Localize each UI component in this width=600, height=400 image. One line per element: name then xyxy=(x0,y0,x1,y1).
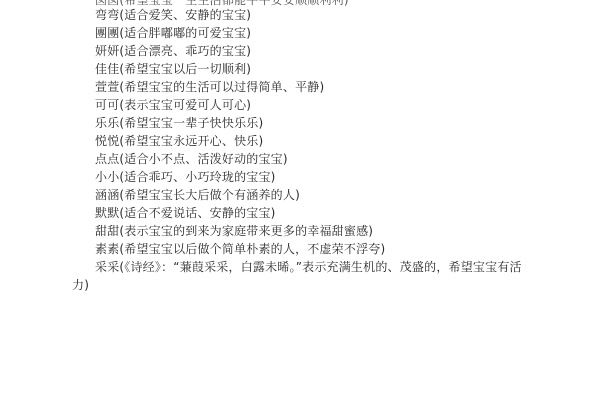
name-entry: 甜甜(表示宝宝的到来为家庭带来更多的幸福甜蜜感) xyxy=(95,222,373,240)
name-entry: 素素(希望宝宝以后做个简单朴素的人，不虚荣不浮夸) xyxy=(95,240,385,258)
name-entry: 涵涵(希望宝宝长大后做个有涵养的人) xyxy=(95,186,300,204)
name-entry: 佳佳(希望宝宝以后一切顺利) xyxy=(95,60,251,78)
name-entry: 默默(适合不爱说话、安静的宝宝) xyxy=(95,204,276,222)
name-entry: 萱萱(希望宝宝的生活可以过得简单、平静) xyxy=(95,78,324,96)
name-entry: 弯弯(适合爱笑、安静的宝宝) xyxy=(95,6,251,24)
name-entry: 團團(适合胖嘟嘟的可爱宝宝) xyxy=(95,24,251,42)
name-entry: 采采(《诗经》：“蒹葭采采，白露未晞。”表示充满生机的、茂盛的，希望宝宝有活 xyxy=(95,258,522,276)
name-entry: 可可(表示宝宝可爱可人可心) xyxy=(95,96,251,114)
name-entry: 点点(适合小不点、活泼好动的宝宝) xyxy=(95,150,288,168)
name-entry: 乐乐(希望宝宝一辈子快快乐乐) xyxy=(95,114,263,132)
document-page: 囡囡(希望宝宝一生生活都能平平安安顺顺利利) 弯弯(适合爱笑、安静的宝宝) 團團… xyxy=(0,0,600,400)
name-entry-wrap: 力) xyxy=(72,276,89,294)
name-entry: 小小(适合乖巧、小巧玲珑的宝宝) xyxy=(95,168,276,186)
name-entry: 妍妍(适合漂亮、乖巧的宝宝) xyxy=(95,42,251,60)
name-entry: 悦悦(希望宝宝永远开心、快乐) xyxy=(95,132,263,150)
